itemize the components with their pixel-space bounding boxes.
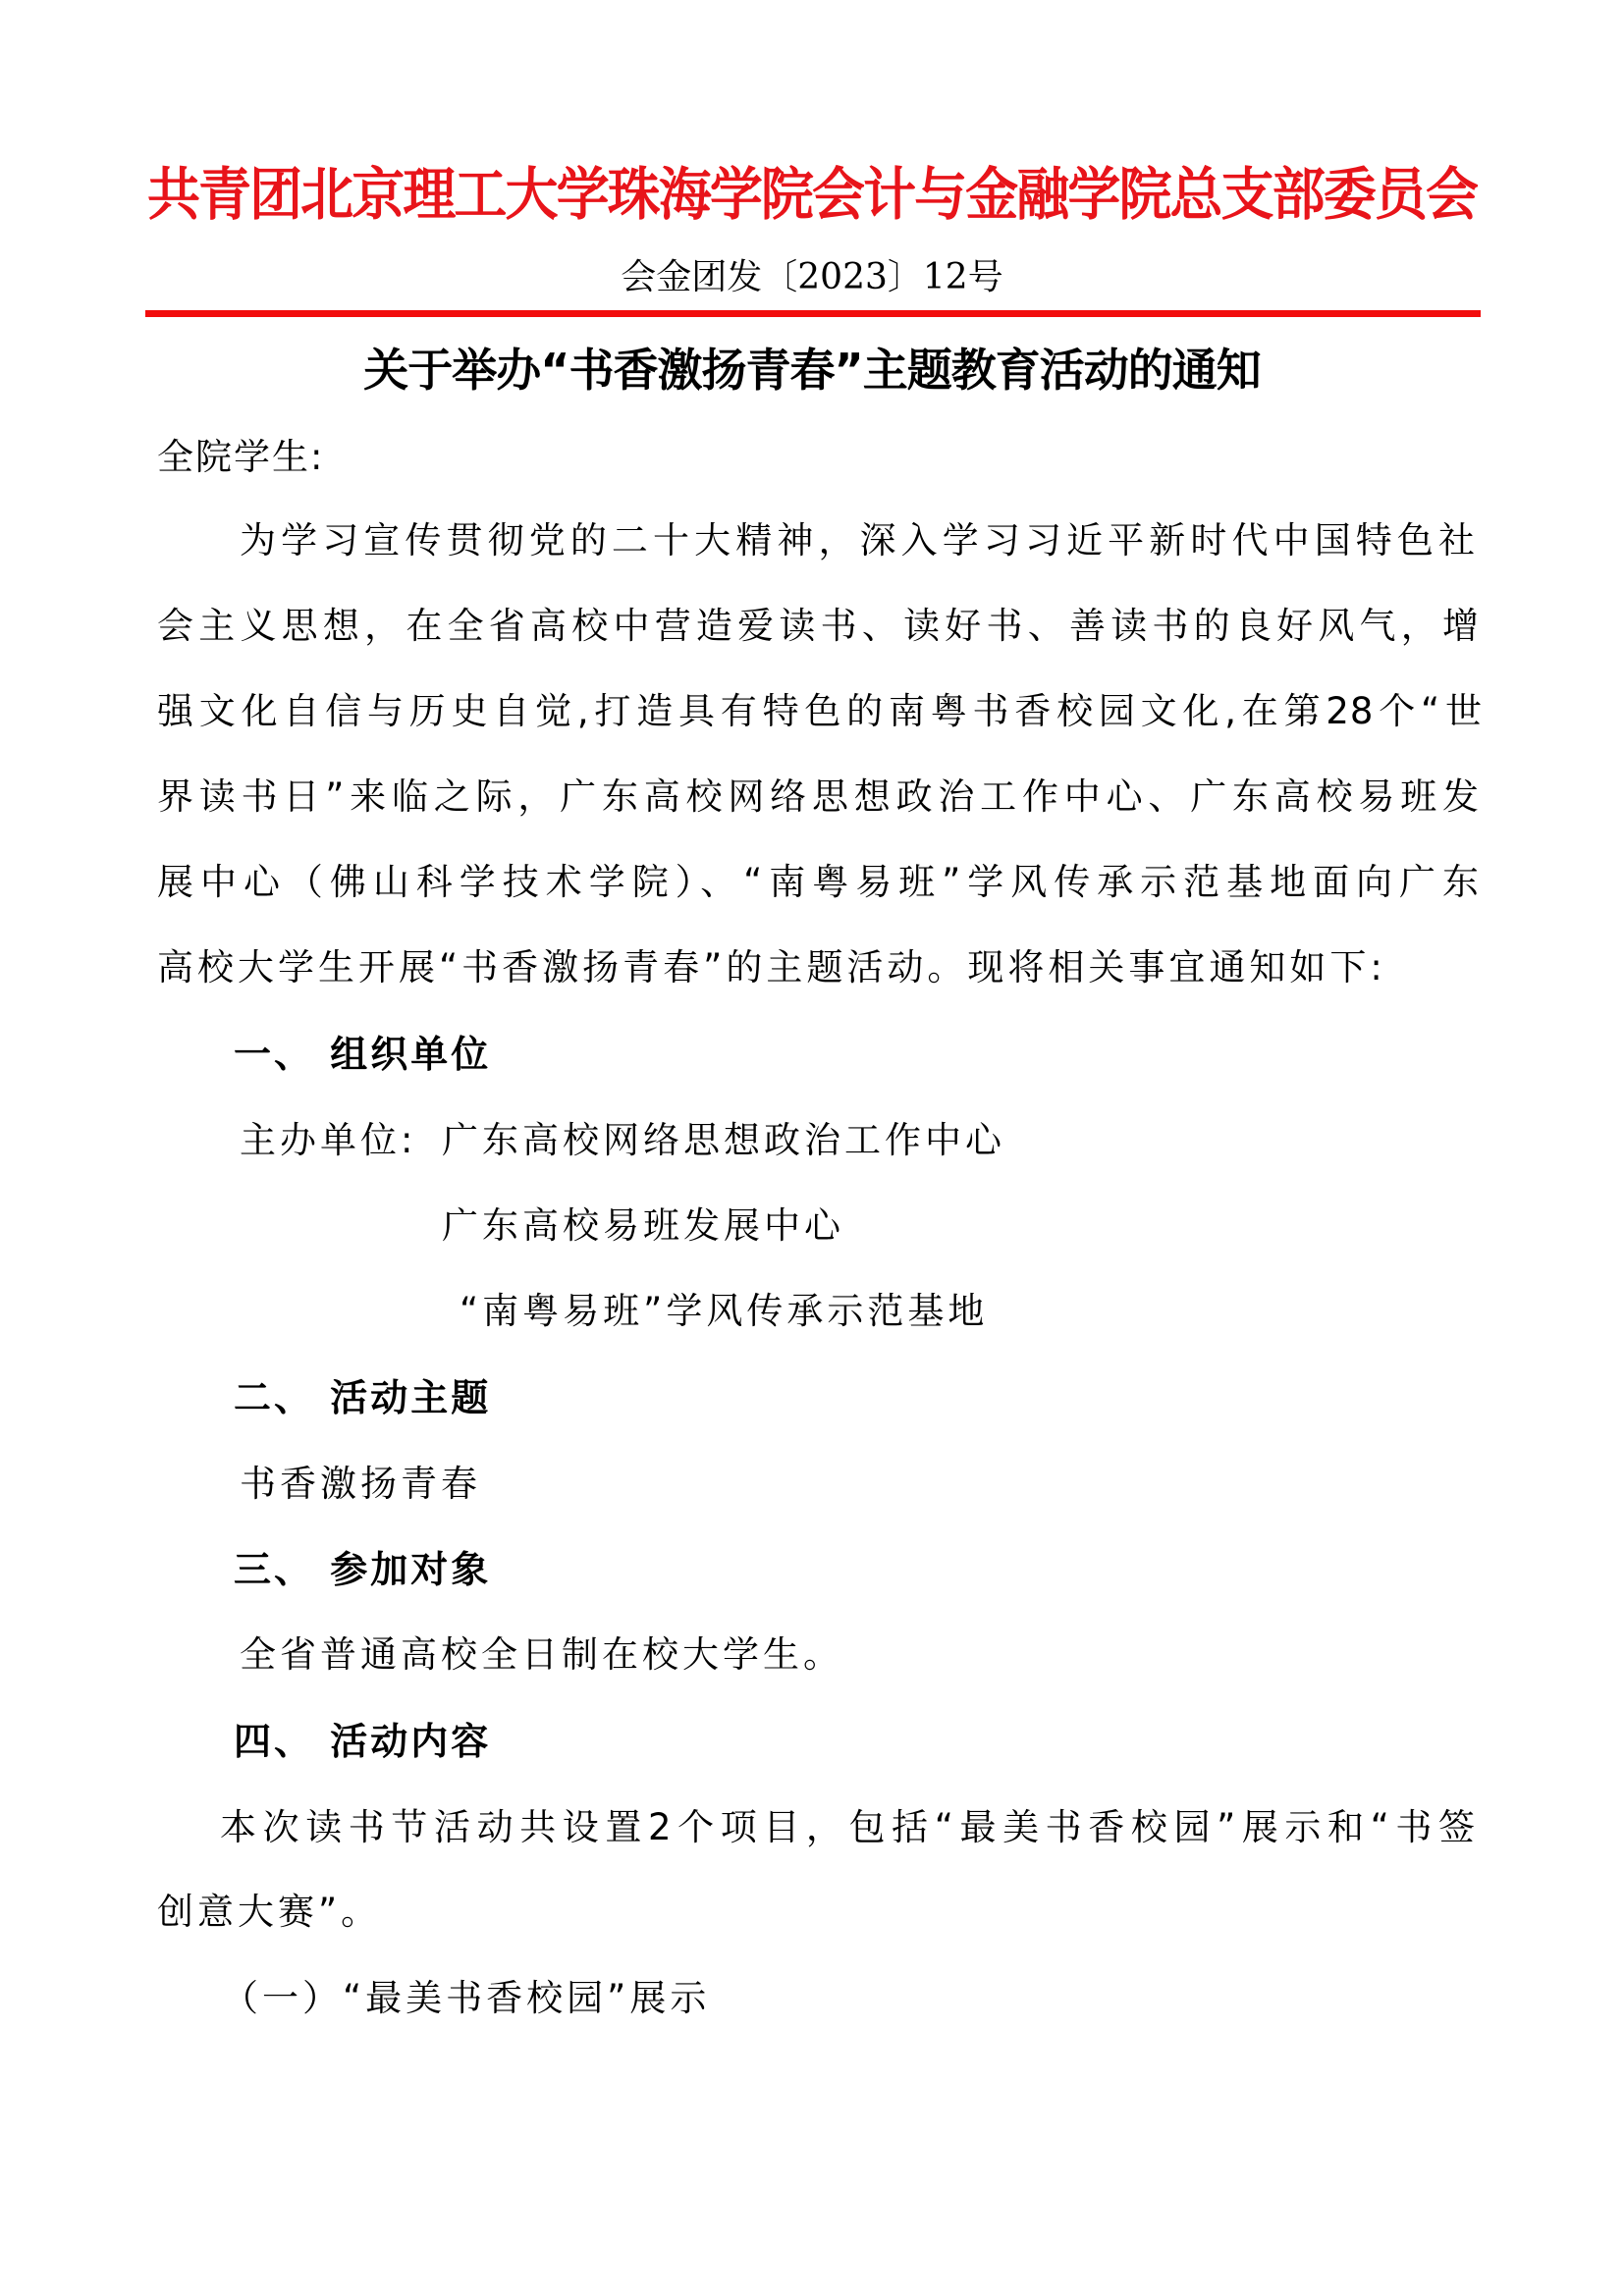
section-heading-participants: 三、 参加对象 [234, 1544, 491, 1595]
organization-header: 共青团北京理工大学珠海学院会计与金融学院总支部委员会 [57, 155, 1567, 234]
subsection-heading: （一）“最美书香校园”展示 [222, 1973, 710, 2024]
intro-line: 高校大学生开展“书香激扬青春”的主题活动。现将相关事宜通知如下: [157, 942, 1483, 993]
intro-line: 强文化自信与历史自觉,打造具有特色的南粤书香校园文化,在第28个“世 [157, 686, 1483, 737]
intro-line: 为学习宣传贯彻党的二十大精神，深入学习习近平新时代中国特色社 [240, 515, 1479, 566]
intro-line: 会主义思想，在全省高校中营造爱读书、读好书、善读书的良好风气，增 [157, 601, 1483, 652]
host-label: 主办单位: [240, 1115, 416, 1166]
salutation: 全院学生: [157, 432, 324, 483]
intro-line: 界读书日”来临之际，广东高校网络思想政治工作中心、广东高校易班发 [157, 772, 1483, 823]
red-divider-rule [145, 310, 1481, 317]
activity-content-line: 创意大赛”。 [157, 1887, 381, 1938]
intro-line: 展中心（佛山科学技术学院）、“南粤易班”学风传承示范基地面向广东 [157, 857, 1483, 908]
section-heading-activity-content: 四、 活动内容 [234, 1716, 491, 1767]
theme-content: 书香激扬青春 [240, 1459, 481, 1510]
participants-content: 全省普通高校全日制在校大学生。 [240, 1629, 843, 1681]
notice-title: 关于举办“书香激扬青春”主题教育活动的通知 [0, 336, 1624, 404]
host-item: 广东高校易班发展中心 [442, 1201, 844, 1252]
section-heading-theme: 二、 活动主题 [234, 1372, 491, 1423]
host-item: “南粤易班”学风传承示范基地 [460, 1286, 988, 1337]
section-heading-organizers: 一、 组织单位 [234, 1029, 491, 1080]
host-item: 广东高校网络思想政治工作中心 [442, 1115, 1005, 1166]
document-number: 会金团发〔2023〕12号 [0, 253, 1624, 302]
activity-content-line: 本次读书节活动共设置2个项目，包括“最美书香校园”展示和“书签 [220, 1802, 1479, 1853]
document-page: 共青团北京理工大学珠海学院会计与金融学院总支部委员会 会金团发〔2023〕12号… [0, 0, 1624, 2296]
